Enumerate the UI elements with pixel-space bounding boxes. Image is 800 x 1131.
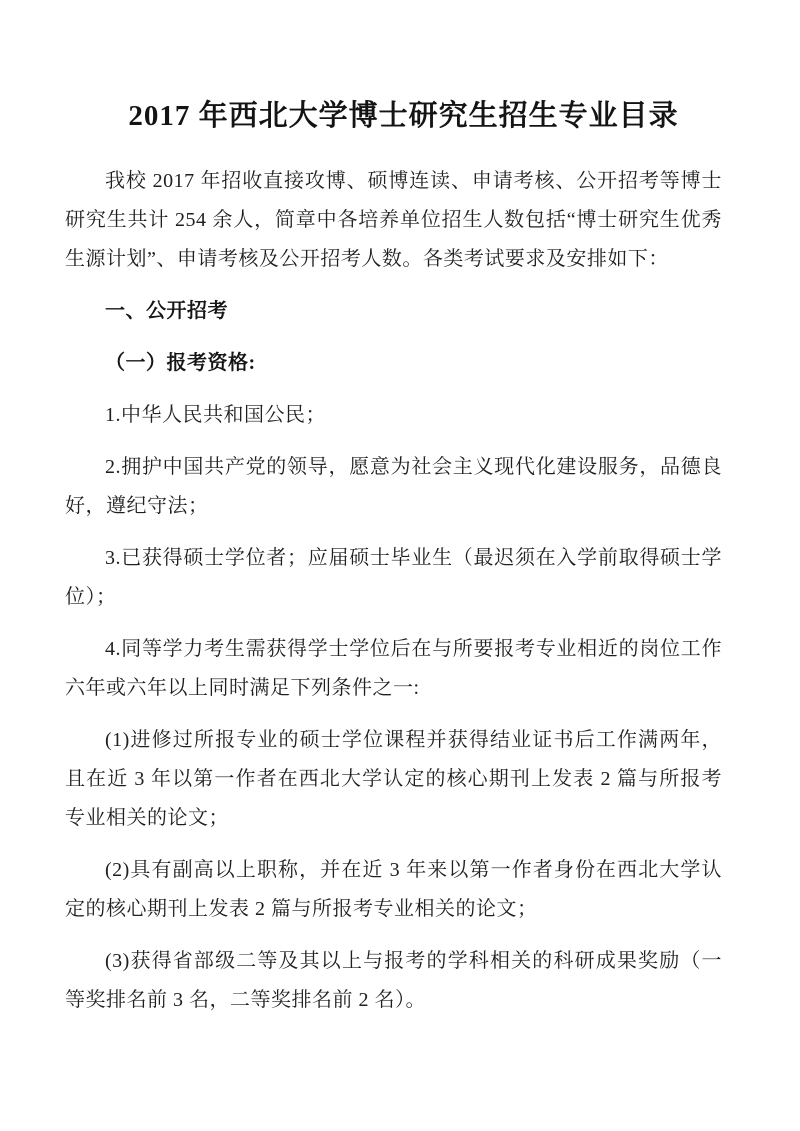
- paragraph: 1.中华人民共和国公民；: [65, 396, 722, 435]
- document-page: 2017 年西北大学博士研究生招生专业目录 我校 2017 年招收直接攻博、硕博…: [0, 0, 800, 1131]
- paragraph: (1)进修过所报专业的硕士学位课程并获得结业证书后工作满两年，且在近 3 年以第…: [65, 721, 722, 838]
- paragraph: 2.拥护中国共产党的领导，愿意为社会主义现代化建设服务，品德良好，遵纪守法；: [65, 448, 722, 526]
- paragraph: 3.已获得硕士学位者；应届硕士毕业生（最迟须在入学前取得硕士学位）；: [65, 539, 722, 617]
- paragraph: (2)具有副高以上职称，并在近 3 年来以第一作者身份在西北大学认定的核心期刊上…: [65, 851, 722, 929]
- paragraph: 我校 2017 年招收直接攻博、硕博连读、申请考核、公开招考等博士研究生共计 2…: [65, 162, 722, 279]
- page-title: 2017 年西北大学博士研究生招生专业目录: [75, 96, 732, 136]
- paragraph: 4.同等学力考生需获得学士学位后在与所要报考专业相近的岗位工作六年或六年以上同时…: [65, 630, 722, 708]
- section-heading: 一、公开招考: [65, 292, 722, 331]
- paragraph: (3)获得省部级二等及其以上与报考的学科相关的科研成果奖励（一等奖排名前 3 名…: [65, 942, 722, 1020]
- document-body: 我校 2017 年招收直接攻博、硕博连读、申请考核、公开招考等博士研究生共计 2…: [65, 162, 722, 1020]
- document-content: 2017 年西北大学博士研究生招生专业目录 我校 2017 年招收直接攻博、硕博…: [0, 0, 800, 1020]
- section-heading: （一）报考资格:: [65, 344, 722, 383]
